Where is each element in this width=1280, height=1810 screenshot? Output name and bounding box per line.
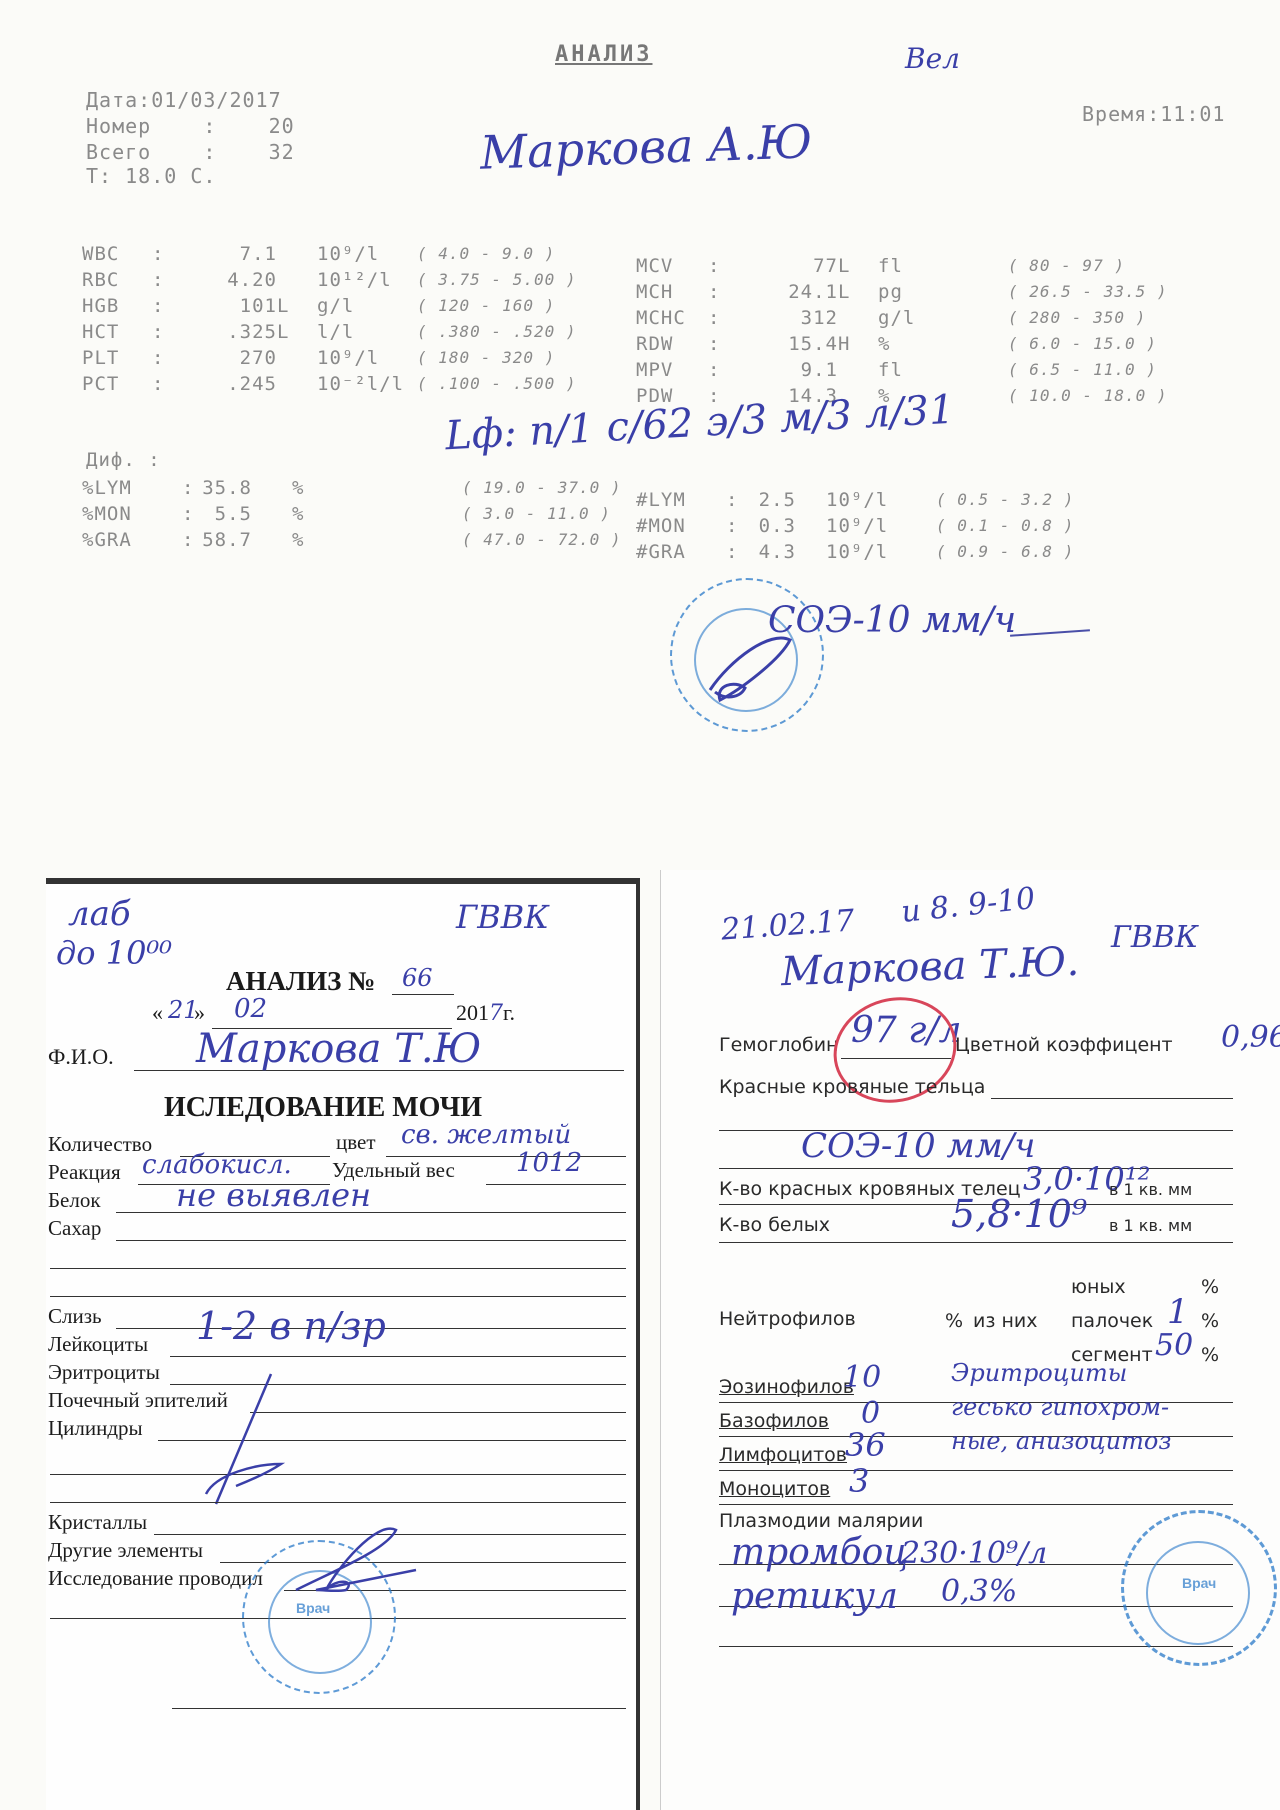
analysis-number-line [392,994,454,995]
lab-value: 35.8 [182,477,252,499]
reaction-label: Реакция [48,1160,121,1185]
lab-range: ( 19.0 - 37.0 ) [462,478,622,497]
young-pct: % [1201,1276,1219,1298]
eos-value: 10 [843,1360,881,1395]
lab-name: HGB [82,295,152,317]
lab-range: ( 6.5 - 11.0 ) [1008,360,1158,379]
color-line [386,1156,626,1157]
lab-row-mcv: MCV:77Lfl( 80 - 97 ) [636,252,1158,279]
lab-name: RBC [82,269,152,291]
segment-pct: % [1201,1344,1219,1366]
lab-unit: 10⁹/l [317,243,417,265]
quantity-label: Количество [48,1132,152,1157]
sugar-line [116,1240,626,1241]
platelets-value: 230·10⁹/л [901,1536,1047,1571]
lab-row-hgb: HGB:101Lg/l( 120 - 160 ) [82,292,587,319]
performed-label: Исследование проводил [48,1566,263,1591]
platelets-label-hw: тромбоц [731,1532,908,1573]
temp-value: 18.0 C. [125,164,216,188]
lab-row-rdw: RDW:15.4H%( 6.0 - 15.0 ) [636,330,1158,357]
lab-range: ( 6.0 - 15.0 ) [1008,334,1158,353]
blood-patient: Маркова Т.Ю. [780,939,1080,995]
wbc-count-label: К-во белых [719,1214,830,1236]
note-line-2: гесько гипохром- [951,1390,1171,1424]
lab-value: .325 [192,321,277,343]
wbc-per-sq-mm: в 1 кв. мм [1109,1216,1192,1235]
lab-value: 77 [748,255,838,277]
lab-value: 58.7 [182,529,252,551]
printout-temp: T: 18.0 C. [86,164,216,188]
lab-range: ( .100 - .500 ) [417,374,587,393]
lab-flag: L [838,255,878,277]
wbc-count-value: 5,8·10⁹ [951,1192,1087,1236]
blank-line-1 [50,1268,626,1269]
gravity-line [486,1184,626,1185]
color-index-label: Цветной коэффицент [955,1034,1173,1056]
crystals-label: Кристаллы [48,1510,147,1535]
strike-signature-icon [186,1364,296,1514]
lab-unit: fl [878,255,1008,277]
rbc-cells-label: Красные кровяные тельца [719,1076,985,1098]
color-label: цвет [336,1130,376,1155]
lab-flag: L [277,295,317,317]
lab-unit: % [292,503,462,525]
lab-range: ( 0.5 - 3.2 ) [936,490,1086,509]
diff-label: Диф. : [86,448,161,472]
lab-name: PCT [82,373,152,395]
printout-number: Номер : 20 [86,114,295,138]
urine-analysis-number: 66 [402,964,433,992]
lab-name: #LYM [636,489,726,511]
lab-row-plt: PLT:27010⁹/l( 180 - 320 ) [82,344,587,371]
esr-handwritten: СОЭ-10 мм/ч [768,600,1016,641]
lab-range: ( 26.5 - 33.5 ) [1008,282,1158,301]
retic-value: 0,3% [941,1574,1017,1609]
lab-name: HCT [82,321,152,343]
total-value: 32 [269,140,295,164]
date-value: 01/03/2017 [151,88,281,112]
lab-name: RDW [636,333,708,355]
printout-time: Время:11:01 [1082,102,1225,126]
neutro-pct: % [945,1310,963,1332]
blank-line-r2 [719,1168,1233,1169]
lab-row-mpv: MPV:9.1fl( 6.5 - 11.0 ) [636,356,1158,383]
lab-sep: : [708,281,748,303]
lab-row-mchc: MCHC:312g/l( 280 - 350 ) [636,304,1158,331]
lab-value: .245 [192,373,277,395]
number-value: 20 [269,114,295,138]
date-open-quote: « [152,1000,163,1026]
lab-name: %GRA [82,529,182,551]
protein-label: Белок [48,1188,101,1213]
lab-value: 4.3 [726,541,796,563]
printout-corner-note: Вел [905,42,960,75]
malaria-label: Плазмодии малярии [719,1510,923,1532]
lab-unit: l/l [317,321,417,343]
band-pct: % [1201,1310,1219,1332]
epith-line [250,1412,626,1413]
lab-range: ( 4.0 - 9.0 ) [417,244,587,263]
signature-icon [690,630,810,710]
blank-line-2 [50,1296,626,1297]
year-suffix: 7 [489,1001,503,1026]
blood-stamp-text: Врач [1182,1575,1216,1591]
rbc-per-sq-mm: в 1 кв. мм [1109,1180,1192,1199]
lab-value: 15.4 [748,333,838,355]
lab-value: 7.1 [192,243,277,265]
underline-stroke [1010,629,1090,637]
lab-value: 2.5 [726,489,796,511]
time-value: 11:01 [1160,102,1225,126]
lab-sep: : [708,255,748,277]
eos-label: Эозинофилов [719,1376,854,1398]
mucus-label: Слизь [48,1304,102,1329]
mono-value: 3 [849,1462,869,1500]
protein-value: не выявлен [176,1176,371,1214]
lab-unit: pg [878,281,1008,303]
lab-range: ( 10.0 - 18.0 ) [1008,386,1158,405]
lab-name: MPV [636,359,708,381]
lab-row-mon: #MON:0.310⁹/l( 0.1 - 0.8 ) [636,512,1086,539]
retic-label-hw: ретикул [731,1576,898,1617]
lab-unit: % [878,333,1008,355]
note-line-1: Эритроциты [951,1356,1171,1390]
lab-unit: fl [878,359,1008,381]
urine-corner-note-2: до 10⁰⁰ [56,934,172,972]
urine-analysis-form: лаб до 10⁰⁰ ГВВК АНАЛИЗ № 66 « 21 » 02 2… [46,878,640,1810]
printout-total: Всего : 32 [86,140,295,164]
mono-line [719,1504,1233,1505]
lab-flag: L [277,321,317,343]
note-line-3: ные, анизоцитоз [951,1424,1171,1458]
fio-value: Маркова Т.Ю [196,1026,481,1072]
lab-row-lym: %LYM:35.8%( 19.0 - 37.0 ) [82,474,622,501]
lymph-line [719,1470,1233,1471]
urine-analysis-title: АНАЛИЗ № [226,966,375,997]
lab-unit: g/l [317,295,417,317]
lab-unit: % [292,477,462,499]
neutro-label: Нейтрофилов [719,1308,856,1330]
urine-signature-icon [276,1520,426,1600]
wbc-count-line [719,1242,1233,1243]
time-label: Время [1082,102,1147,126]
blood-ref: и 8. 9-10 [900,881,1037,930]
lab-value: 4.20 [192,269,277,291]
sugar-label: Сахар [48,1216,101,1241]
lab-row-lym: #LYM:2.510⁹/l( 0.5 - 3.2 ) [636,486,1086,513]
lab-row-rbc: RBC:4.2010¹²/l( 3.75 - 5.00 ) [82,266,587,293]
urine-date-month: 02 [234,994,267,1024]
lab-name: MCV [636,255,708,277]
urine-stamp-text: Врач [296,1600,330,1616]
lab-row-mch: MCH:24.1Lpg( 26.5 - 33.5 ) [636,278,1158,305]
blood-analysis-form: 21.02.17 и 8. 9-10 ГВВК Маркова Т.Ю. Гем… [660,870,1280,1810]
lab-unit: 10⁻²l/l [317,373,417,395]
young-label: юных [1071,1276,1126,1298]
lab-sep: : [708,307,748,329]
printout-title: АНАЛИЗ [555,42,652,67]
lab-value: 5.5 [182,503,252,525]
year-prefix: 201 [456,1000,489,1025]
band-value: 1 [1167,1292,1189,1332]
of-them-label: из них [973,1310,1038,1332]
lab-name: #GRA [636,541,726,563]
year-tail: г. [503,1000,515,1025]
date-close-quote: » [194,1000,205,1026]
lab-unit: % [292,529,462,551]
erythro-label: Эритроциты [48,1360,160,1385]
lab-unit: 10⁹/l [317,347,417,369]
lab-range: ( 80 - 97 ) [1008,256,1158,275]
lab-row-gra: #GRA:4.310⁹/l( 0.9 - 6.8 ) [636,538,1086,565]
fio-label: Ф.И.О. [48,1044,114,1070]
lab-range: ( 3.75 - 5.00 ) [417,270,587,289]
lab-value: 24.1 [748,281,838,303]
leuko-value: 1-2 в п/зр [196,1304,386,1348]
lab-unit: 10⁹/l [826,515,936,537]
lab-range: ( 0.9 - 6.8 ) [936,542,1086,561]
lab-sep: : [152,243,192,265]
lab-sep: : [708,359,748,381]
rbc-cells-line [991,1098,1233,1099]
baso-label: Базофилов [719,1410,829,1432]
band-label: палочек [1071,1310,1153,1332]
lab-range: ( 120 - 160 ) [417,296,587,315]
lab-value: 0.3 [726,515,796,537]
lab-unit: 10¹²/l [317,269,417,291]
urine-corner-org: ГВВК [456,898,549,936]
mono-label: Моноцитов [719,1478,830,1500]
blank-line-4 [50,1502,626,1503]
blank-line-6 [172,1708,626,1709]
urine-date-year: 2017г. [456,1000,515,1026]
lymph-label: Лимфоцитов [719,1444,847,1466]
lab-sep: : [708,333,748,355]
lab-unit: 10⁹/l [826,541,936,563]
other-label: Другие элементы [48,1538,203,1563]
cylinders-label: Цилиндры [48,1416,143,1441]
lab-range: ( 0.1 - 0.8 ) [936,516,1086,535]
printout-patient-name: Маркова А.Ю [479,114,813,180]
lab-name: %MON [82,503,182,525]
leuko-label: Лейкоциты [48,1332,148,1357]
lab-range: ( 3.0 - 11.0 ) [462,504,622,523]
lab-row-gra: %GRA:58.7%( 47.0 - 72.0 ) [82,526,622,553]
lab-flag: L [838,281,878,303]
lab-value: 9.1 [748,359,838,381]
blood-stamp-icon: Врач [1121,1510,1277,1666]
lymph-value: 36 [845,1426,886,1464]
lab-flag: H [838,333,878,355]
date-label: Дата [86,88,138,112]
lab-name: #MON [636,515,726,537]
lab-range: ( 47.0 - 72.0 ) [462,530,622,549]
urine-corner-note-1: лаб [68,894,131,934]
lab-range: ( 180 - 320 ) [417,348,587,367]
lab-name: PLT [82,347,152,369]
lab-row-wbc: WBC:7.110⁹/l( 4.0 - 9.0 ) [82,240,587,267]
lab-sep: : [152,347,192,369]
blood-esr-value: СОЭ-10 мм/ч [801,1126,1035,1166]
color-index-value: 0,96 [1221,1020,1280,1055]
lab-sep: : [152,295,192,317]
lab-name: %LYM [82,477,182,499]
lab-name: MCHC [636,307,708,329]
temp-label: T [86,164,99,188]
blood-date: 21.02.17 [720,903,856,947]
lab-value: 270 [192,347,277,369]
leuko-line [170,1356,626,1357]
blank-line-3 [50,1474,626,1475]
lab-value: 312 [748,307,838,329]
gravity-value: 1012 [516,1148,582,1178]
lab-unit: g/l [878,307,1008,329]
lab-row-hct: HCT:.325Ll/l( .380 - .520 ) [82,318,587,345]
lab-sep: : [152,321,192,343]
lab-range: ( 280 - 350 ) [1008,308,1158,327]
number-label: Номер [86,114,151,138]
lab-name: MCH [636,281,708,303]
lab-row-mon: %MON:5.5%( 3.0 - 11.0 ) [82,500,622,527]
lab-sep: : [152,373,192,395]
printout-date: Дата:01/03/2017 [86,88,282,112]
rbc-morphology-note: Эритроциты гесько гипохром- ные, анизоци… [951,1356,1171,1458]
lab-sep: : [152,269,192,291]
color-value: св. желтый [401,1120,571,1150]
lab-range: ( .380 - .520 ) [417,322,587,341]
lab-unit: 10⁹/l [826,489,936,511]
hemoglobin-label: Гемоглобин [719,1034,838,1056]
lab-row-pct: PCT:.24510⁻²l/l( .100 - .500 ) [82,370,587,397]
lab-value: 101 [192,295,277,317]
lab-name: WBC [82,243,152,265]
blood-org: ГВВК [1111,920,1198,955]
total-label: Всего [86,140,151,164]
